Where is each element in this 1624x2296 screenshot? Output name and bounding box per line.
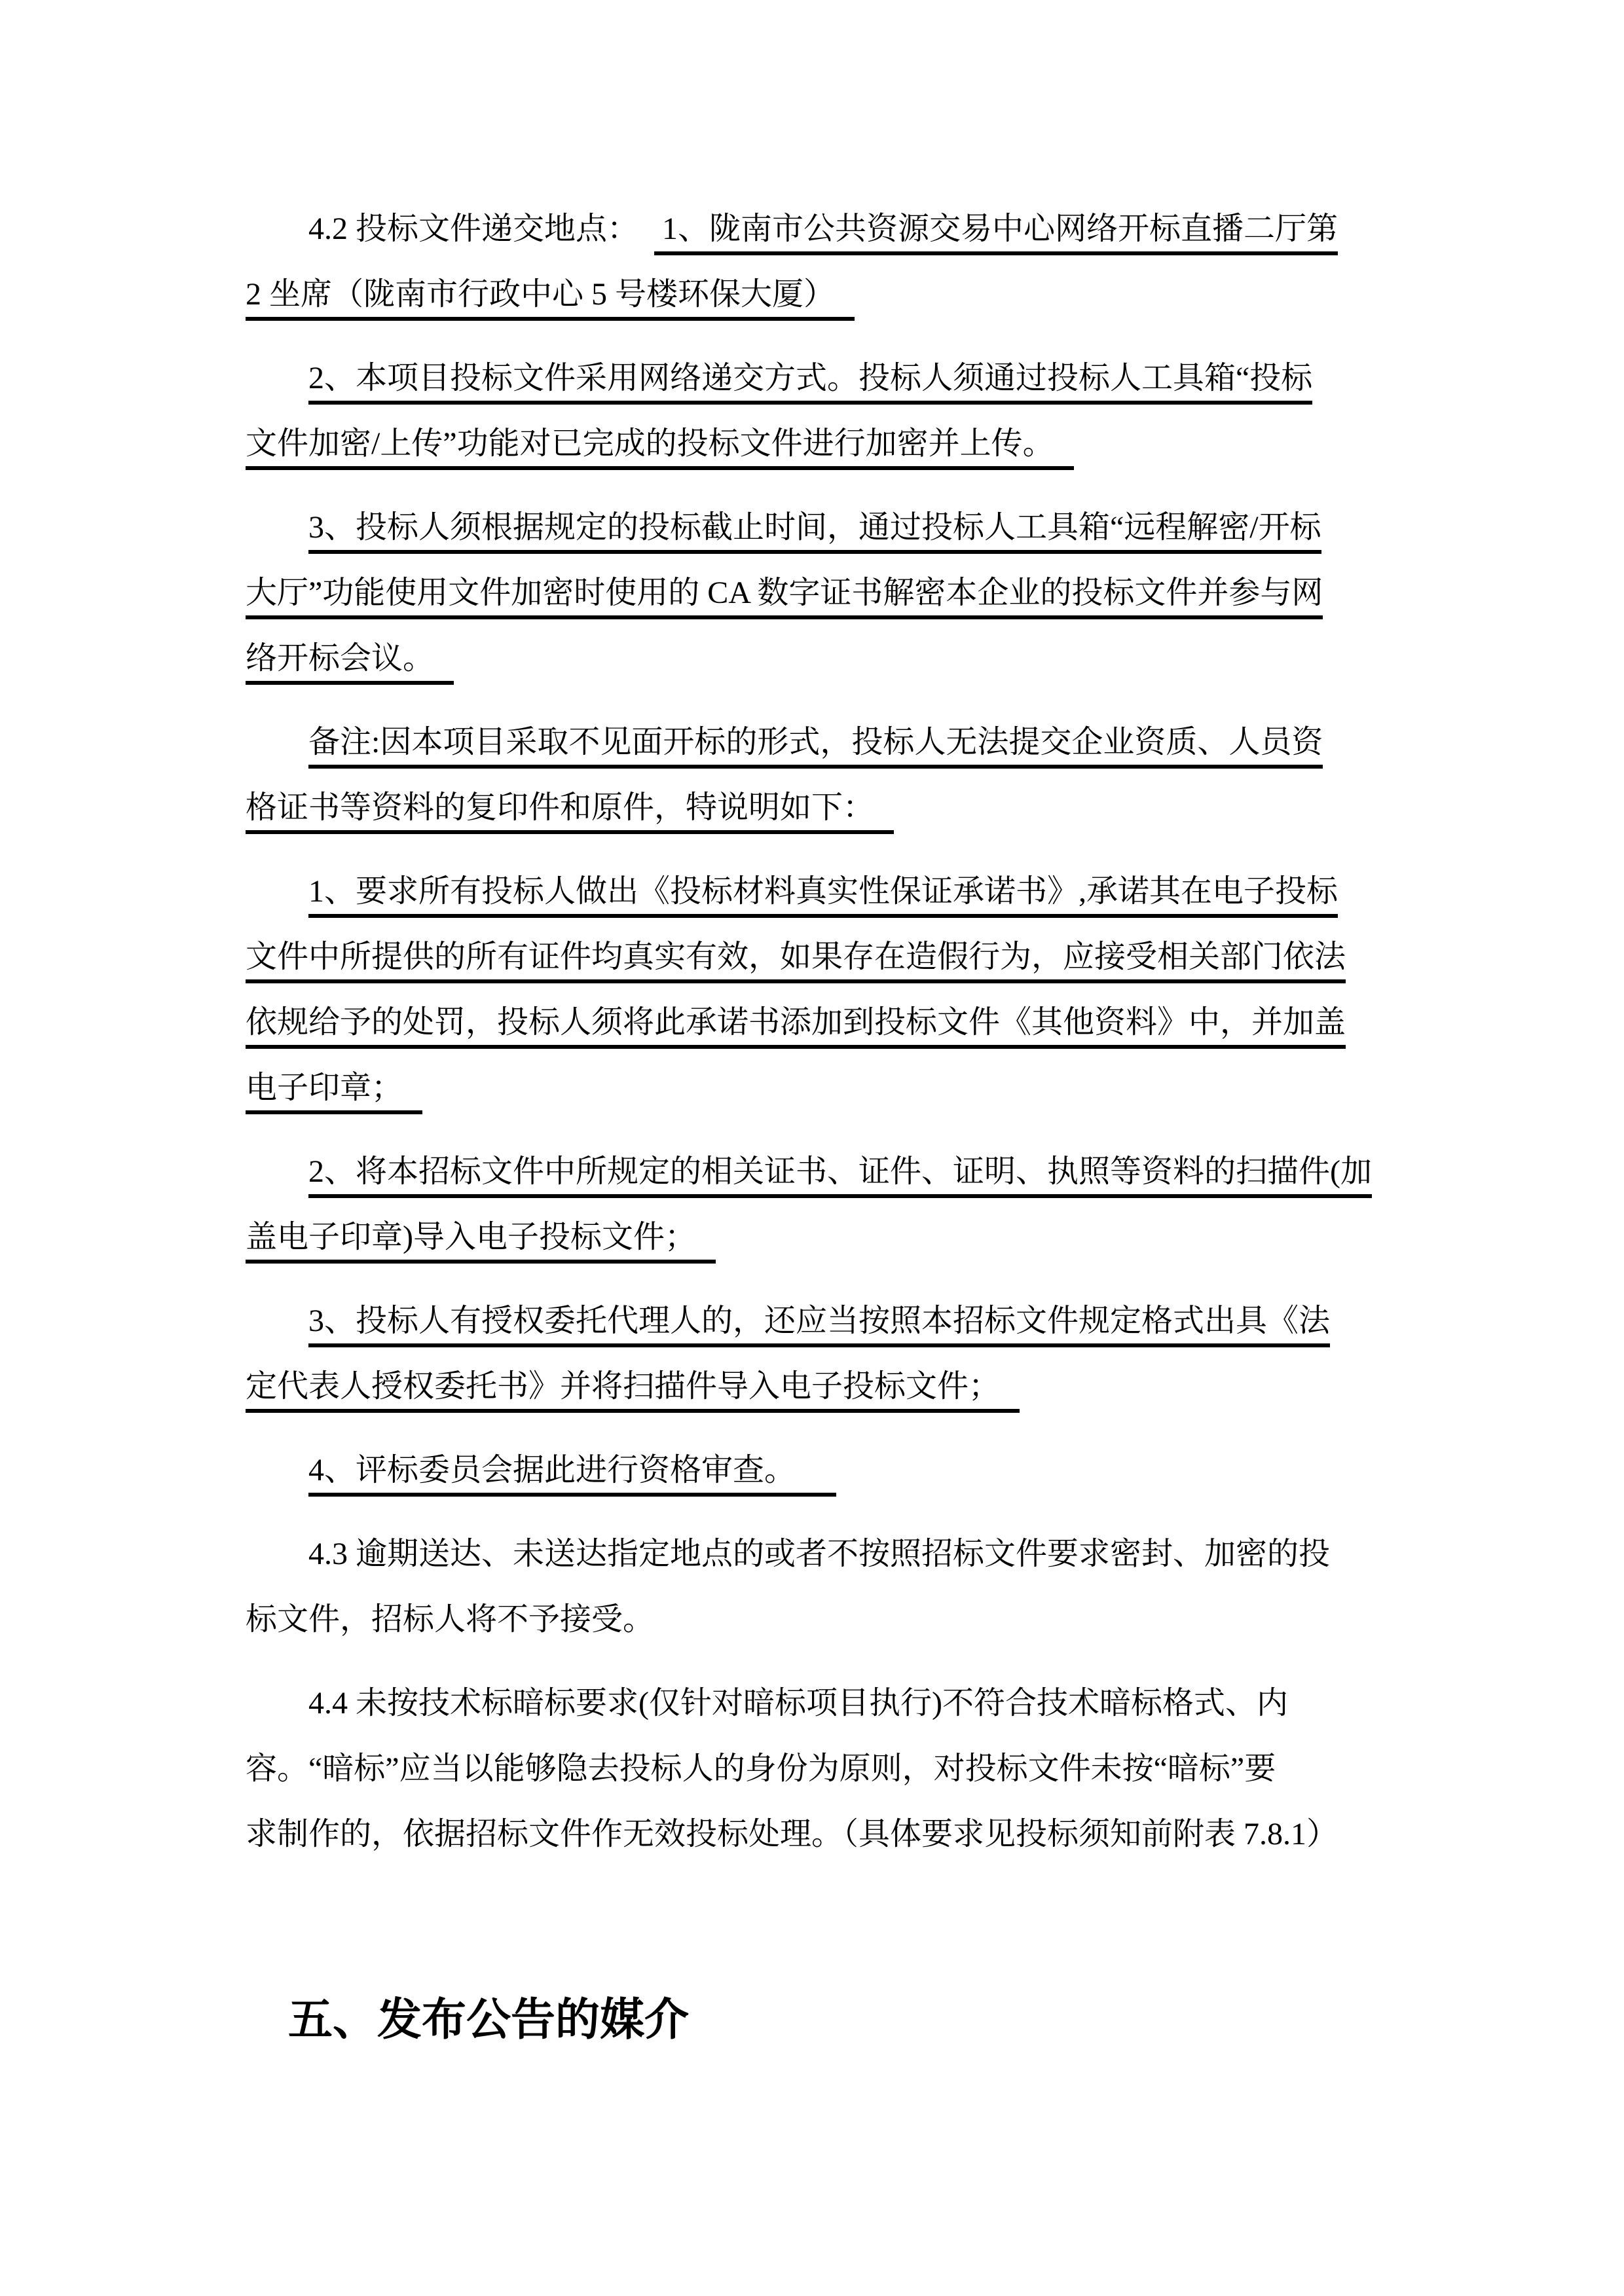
text-line: 容。“暗标”应当以能够隐去投标人的身份为原则，对投标文件未按“暗标”要 — [246, 1736, 1382, 1802]
text-line: 定代表人授权委托书》并将扫描件导入电子投标文件； — [246, 1354, 1382, 1419]
text-run-underlined: 盖电子印章)导入电子投标文件； — [246, 1220, 716, 1264]
text-line: 大厅”功能使用文件加密时使用的 CA 数字证书解密本企业的投标文件并参与网 — [246, 560, 1382, 626]
text-line: 4.3 逾期送达、未送达指定地点的或者不按照招标文件要求密封、加密的投 — [246, 1522, 1382, 1587]
text-line: 备注:因本项目采取不见面开标的形式，投标人无法提交企业资质、人员资 — [246, 710, 1382, 775]
paragraph-remark: 备注:因本项目采取不见面开标的形式，投标人无法提交企业资质、人员资 格证书等资料… — [246, 710, 1382, 841]
paragraph-overdue-rejection: 4.3 逾期送达、未送达指定地点的或者不按照招标文件要求密封、加密的投 标文件，… — [246, 1522, 1382, 1652]
text-line: 4.4 未按技术标暗标要求(仅针对暗标项目执行)不符合技术暗标格式、内 — [246, 1671, 1382, 1736]
section-heading-announcement-media: 五、发布公告的媒介 — [288, 1977, 1382, 2062]
text-line: 络开标会议。 — [246, 626, 1382, 691]
text-run-underlined: 1、陇南市公共资源交易中心网络开标直播二厅第 — [654, 211, 1338, 255]
text-run-underlined: 格证书等资料的复印件和原件，特说明如下： — [246, 790, 894, 834]
text-line: 2、将本招标文件中所规定的相关证书、证件、证明、执照等资料的扫描件(加 — [246, 1139, 1382, 1205]
text-run-underlined: 定代表人授权委托书》并将扫描件导入电子投标文件； — [246, 1369, 1020, 1413]
text-run-underlined: 4、评标委员会据此进行资格审查。 — [308, 1453, 836, 1497]
paragraph-network-submission: 2、本项目投标文件采用网络递交方式。投标人须通过投标人工具箱“投标 文件加密/上… — [246, 346, 1382, 477]
text-line: 求制作的，依据招标文件作无效投标处理。（具体要求见投标须知前附表 7.8.1） — [246, 1802, 1382, 1867]
text-run: 标文件，招标人将不予接受。 — [246, 1602, 654, 1637]
text-run-underlined: 大厅”功能使用文件加密时使用的 CA 数字证书解密本企业的投标文件并参与网 — [246, 575, 1323, 619]
text-line: 标文件，招标人将不予接受。 — [246, 1587, 1382, 1652]
paragraph-qualification-review: 4、评标委员会据此进行资格审查。 — [246, 1438, 1382, 1503]
text-run: 4.4 未按技术标暗标要求(仅针对暗标项目执行)不符合技术暗标格式、内 — [308, 1686, 1288, 1721]
text-run-underlined: 2 坐席（陇南市行政中心 5 号楼环保大厦） — [246, 277, 855, 321]
text-run-underlined: 备注:因本项目采取不见面开标的形式，投标人无法提交企业资质、人员资 — [308, 725, 1323, 769]
text-line: 电子印章； — [246, 1055, 1382, 1121]
text-line: 依规给予的处罚，投标人须将此承诺书添加到投标文件《其他资料》中，并加盖 — [246, 990, 1382, 1055]
text-run-underlined: 电子印章； — [246, 1070, 422, 1114]
text-run-underlined: 2、本项目投标文件采用网络递交方式。投标人须通过投标人工具箱“投标 — [308, 361, 1312, 405]
text-line: 4、评标委员会据此进行资格审查。 — [246, 1438, 1382, 1503]
document-page: 4.2 投标文件递交地点： 1、陇南市公共资源交易中心网络开标直播二厅第 2 坐… — [0, 0, 1624, 2296]
text-run: 求制作的，依据招标文件作无效投标处理。（具体要求见投标须知前附表 7.8.1） — [246, 1817, 1338, 1851]
text-line: 2、本项目投标文件采用网络递交方式。投标人须通过投标人工具箱“投标 — [246, 346, 1382, 411]
paragraph-authorization-letter: 3、投标人有授权委托代理人的，还应当按照本招标文件规定格式出具《法 定代表人授权… — [246, 1288, 1382, 1419]
text-line: 4.2 投标文件递交地点： 1、陇南市公共资源交易中心网络开标直播二厅第 — [246, 196, 1382, 262]
paragraph-delivery-location: 4.2 投标文件递交地点： 1、陇南市公共资源交易中心网络开标直播二厅第 2 坐… — [246, 196, 1382, 327]
paragraph-certificate-scans: 2、将本招标文件中所规定的相关证书、证件、证明、执照等资料的扫描件(加 盖电子印… — [246, 1139, 1382, 1270]
text-line: 文件加密/上传”功能对已完成的投标文件进行加密并上传。 — [246, 411, 1382, 477]
text-run-underlined: 3、投标人有授权委托代理人的，还应当按照本招标文件规定格式出具《法 — [308, 1303, 1330, 1347]
paragraph-remote-decrypt: 3、投标人须根据规定的投标截止时间，通过投标人工具箱“远程解密/开标 大厅”功能… — [246, 495, 1382, 691]
text-run-underlined: 3、投标人须根据规定的投标截止时间，通过投标人工具箱“远程解密/开标 — [308, 510, 1321, 554]
paragraph-blind-bid: 4.4 未按技术标暗标要求(仅针对暗标项目执行)不符合技术暗标格式、内 容。“暗… — [246, 1671, 1382, 1867]
text-line: 2 坐席（陇南市行政中心 5 号楼环保大厦） — [246, 262, 1382, 327]
text-run: 4.3 逾期送达、未送达指定地点的或者不按照招标文件要求密封、加密的投 — [308, 1537, 1330, 1571]
text-run: 容。“暗标”应当以能够隐去投标人的身份为原则，对投标文件未按“暗标”要 — [246, 1751, 1276, 1786]
text-line: 3、投标人须根据规定的投标截止时间，通过投标人工具箱“远程解密/开标 — [246, 495, 1382, 560]
text-run-underlined: 文件中所提供的所有证件均真实有效，如果存在造假行为，应接受相关部门依法 — [246, 939, 1346, 983]
paragraph-commitment-letter: 1、要求所有投标人做出《投标材料真实性保证承诺书》,承诺其在电子投标 文件中所提… — [246, 859, 1382, 1121]
text-run-underlined: 依规给予的处罚，投标人须将此承诺书添加到投标文件《其他资料》中，并加盖 — [246, 1005, 1346, 1049]
text-line: 盖电子印章)导入电子投标文件； — [246, 1205, 1382, 1270]
text-line: 3、投标人有授权委托代理人的，还应当按照本招标文件规定格式出具《法 — [246, 1288, 1382, 1354]
text-line: 1、要求所有投标人做出《投标材料真实性保证承诺书》,承诺其在电子投标 — [246, 859, 1382, 924]
text-run-underlined: 文件加密/上传”功能对已完成的投标文件进行加密并上传。 — [246, 426, 1074, 470]
text-run-underlined: 络开标会议。 — [246, 641, 454, 685]
text-run: 4.2 投标文件递交地点： — [308, 211, 654, 246]
text-line: 格证书等资料的复印件和原件，特说明如下： — [246, 775, 1382, 841]
text-run-underlined: 1、要求所有投标人做出《投标材料真实性保证承诺书》,承诺其在电子投标 — [308, 874, 1338, 918]
text-run-underlined: 2、将本招标文件中所规定的相关证书、证件、证明、执照等资料的扫描件(加 — [308, 1154, 1372, 1198]
text-line: 文件中所提供的所有证件均真实有效，如果存在造假行为，应接受相关部门依法 — [246, 924, 1382, 990]
